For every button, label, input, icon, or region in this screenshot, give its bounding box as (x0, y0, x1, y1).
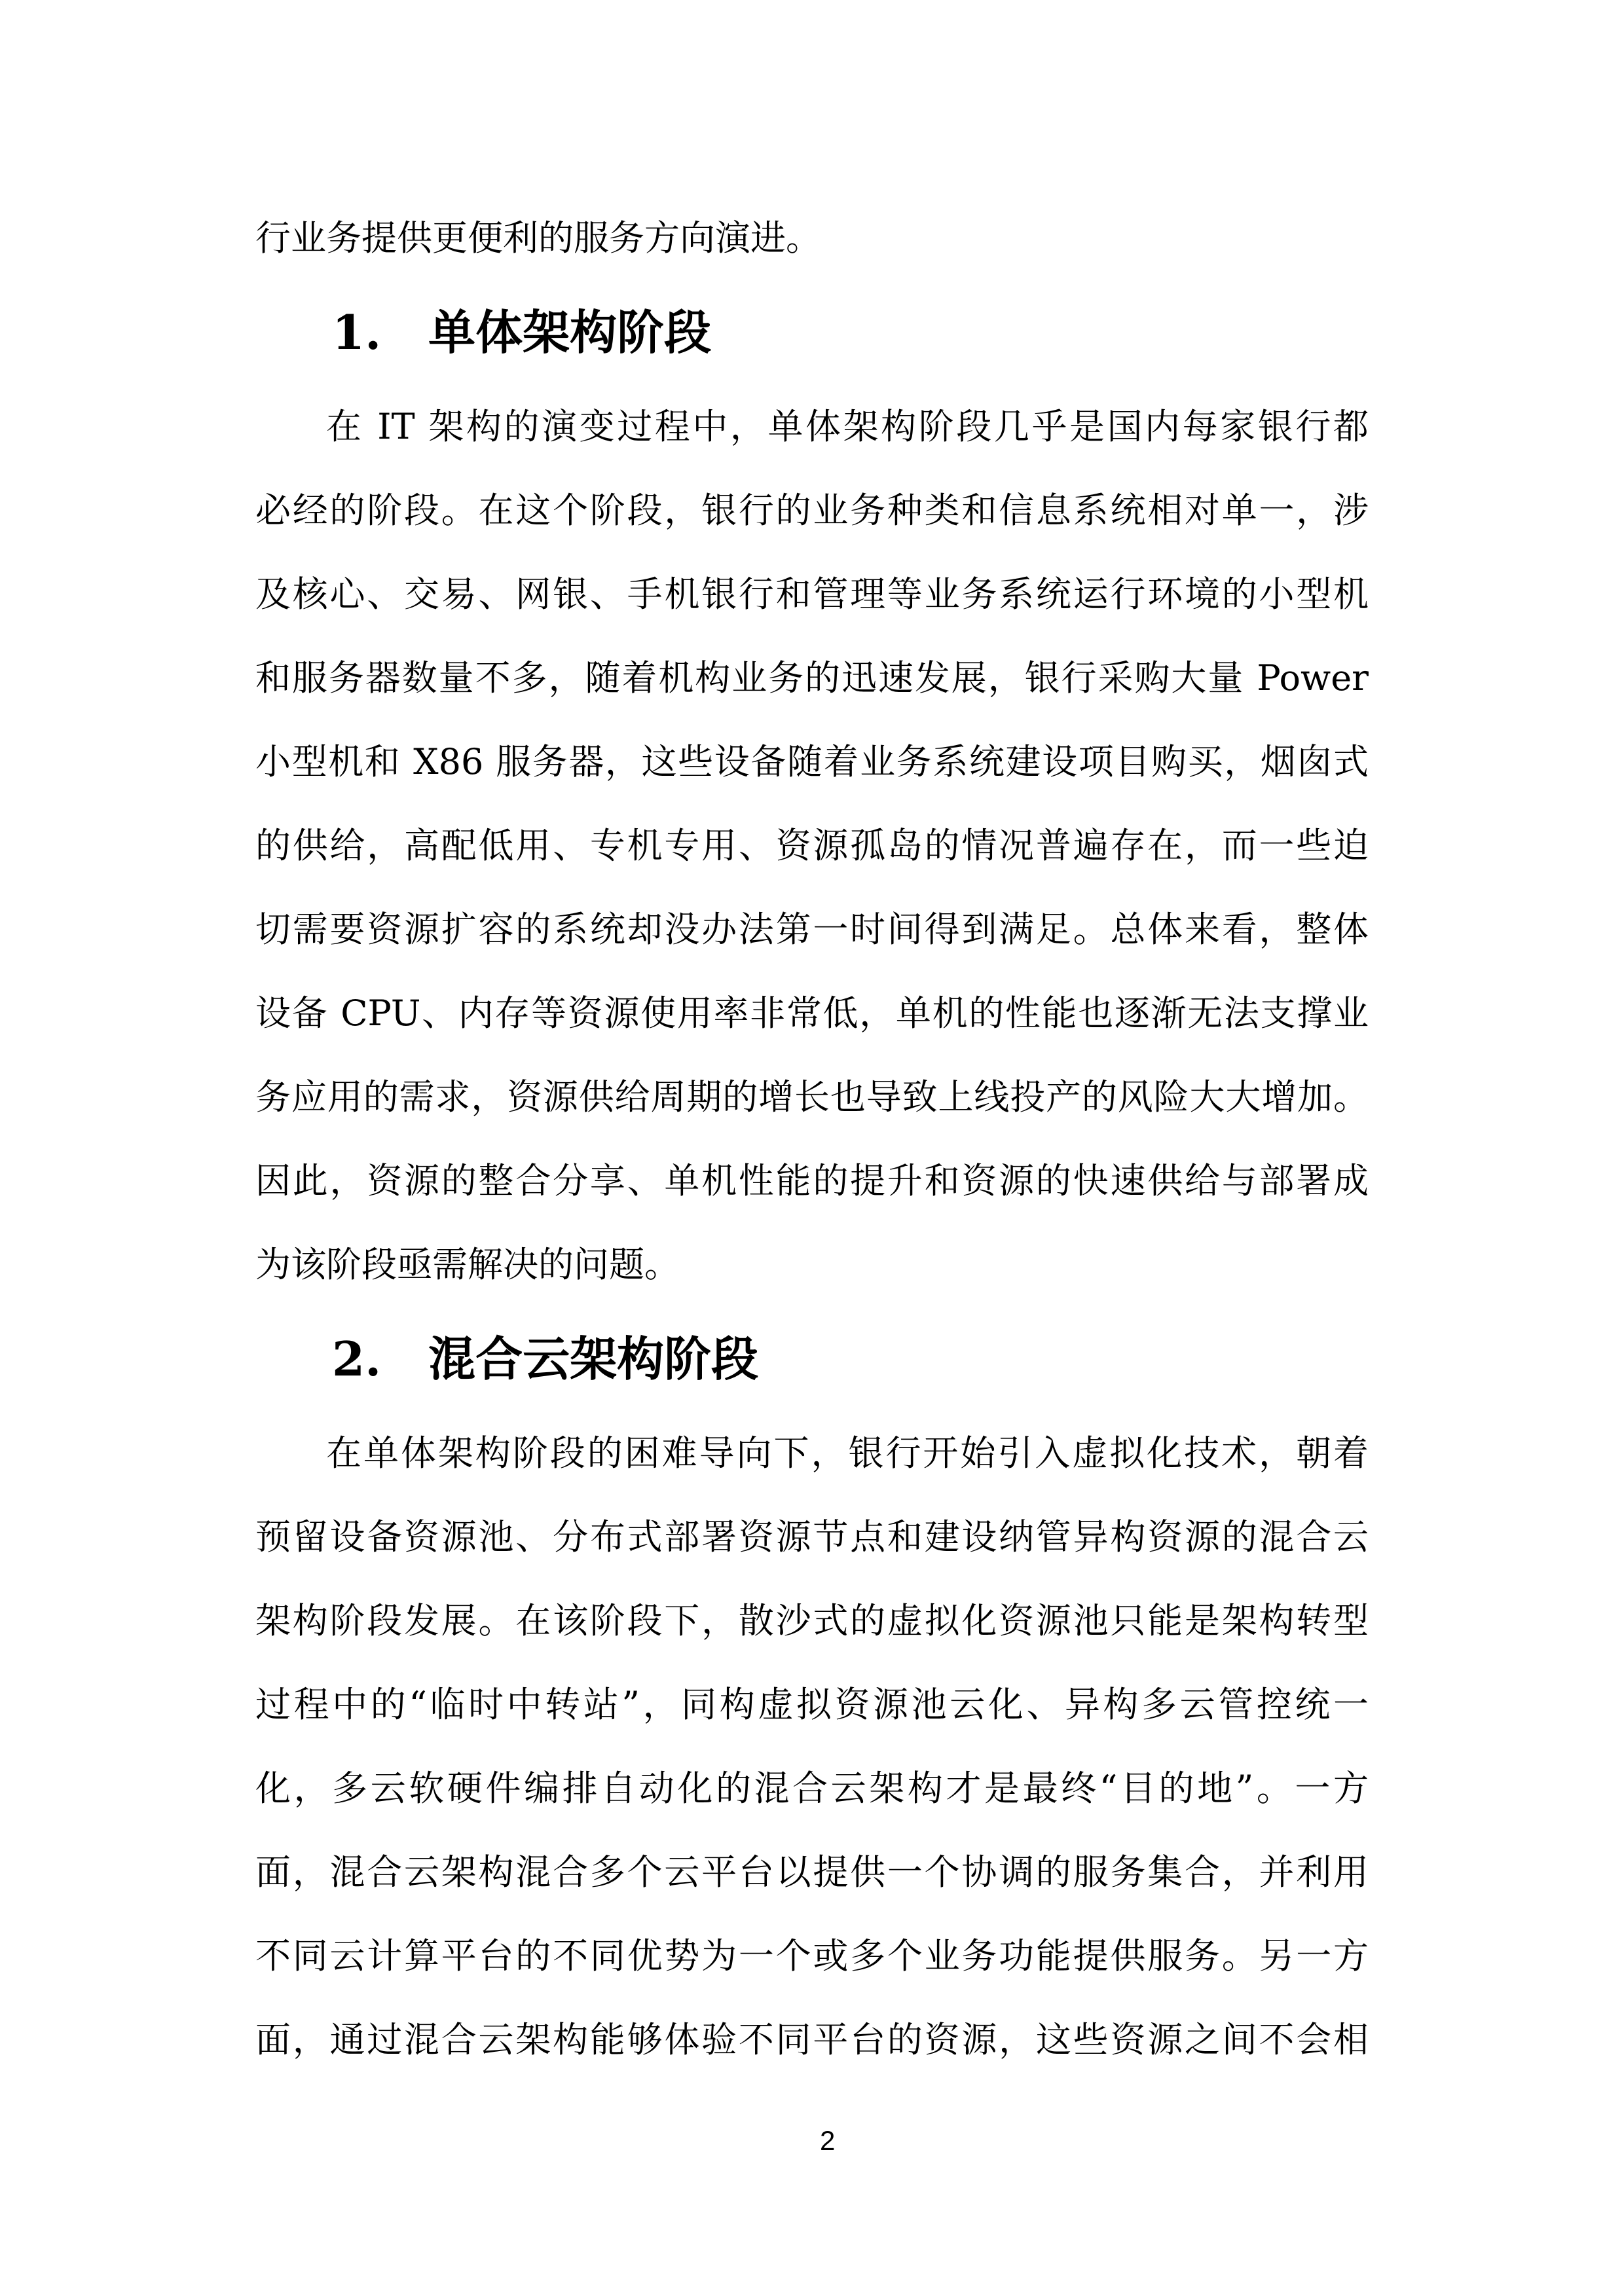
text-line: 行业务提供更便利的服务方向演进。 (255, 196, 1369, 280)
text-line: 不同云计算平台的不同优势为一个或多个业务功能提供服务。另一方 (255, 1914, 1369, 1998)
text-line: 因此，资源的整合分享、单机性能的提升和资源的快速供给与部署成 (255, 1139, 1369, 1223)
text-line: 过程中的“临时中转站”，同构虚拟资源池云化、异构多云管控统一 (255, 1663, 1369, 1747)
text-line: 的供给，高配低用、专机专用、资源孤岛的情况普遍存在，而一些迫 (255, 804, 1369, 888)
section-heading: 1. 单体架构阶段 (255, 280, 1369, 385)
page-number: 2 (820, 2125, 835, 2157)
text-line: 架构阶段发展。在该阶段下，散沙式的虚拟化资源池只能是架构转型 (255, 1579, 1369, 1663)
text-line: 切需要资源扩容的系统却没办法第一时间得到满足。总体来看，整体 (255, 888, 1369, 972)
text-line: 小型机和 X86 服务器，这些设备随着业务系统建设项目购买，烟囱式 (255, 720, 1369, 804)
text-line: 务应用的需求，资源供给周期的增长也导致上线投产的风险大大增加。 (255, 1055, 1369, 1139)
text-line: 面，通过混合云架构能够体验不同平台的资源，这些资源之间不会相 (255, 1998, 1369, 2082)
text-line: 必经的阶段。在这个阶段，银行的业务种类和信息系统相对单一，涉 (255, 469, 1369, 553)
text-line: 在 IT 架构的演变过程中，单体架构阶段几乎是国内每家银行都 (255, 385, 1369, 469)
text-line: 为该阶段亟需解决的问题。 (255, 1223, 1369, 1307)
text-line: 化，多云软硬件编排自动化的混合云架构才是最终“目的地”。一方 (255, 1747, 1369, 1831)
text-line: 及核心、交易、网银、手机银行和管理等业务系统运行环境的小型机 (255, 553, 1369, 636)
document-page: 行业务提供更便利的服务方向演进。1. 单体架构阶段在 IT 架构的演变过程中，单… (0, 0, 1624, 2296)
text-line: 和服务器数量不多，随着机构业务的迅速发展，银行采购大量 Power (255, 636, 1369, 720)
section-heading: 2. 混合云架构阶段 (255, 1307, 1369, 1412)
text-line: 面，混合云架构混合多个云平台以提供一个协调的服务集合，并利用 (255, 1831, 1369, 1914)
text-line: 设备 CPU、内存等资源使用率非常低，单机的性能也逐渐无法支撑业 (255, 972, 1369, 1055)
text-line: 预留设备资源池、分布式部署资源节点和建设纳管异构资源的混合云 (255, 1495, 1369, 1579)
text-line: 在单体架构阶段的困难导向下，银行开始引入虚拟化技术，朝着 (255, 1412, 1369, 1495)
document-content: 行业务提供更便利的服务方向演进。1. 单体架构阶段在 IT 架构的演变过程中，单… (255, 196, 1369, 2082)
